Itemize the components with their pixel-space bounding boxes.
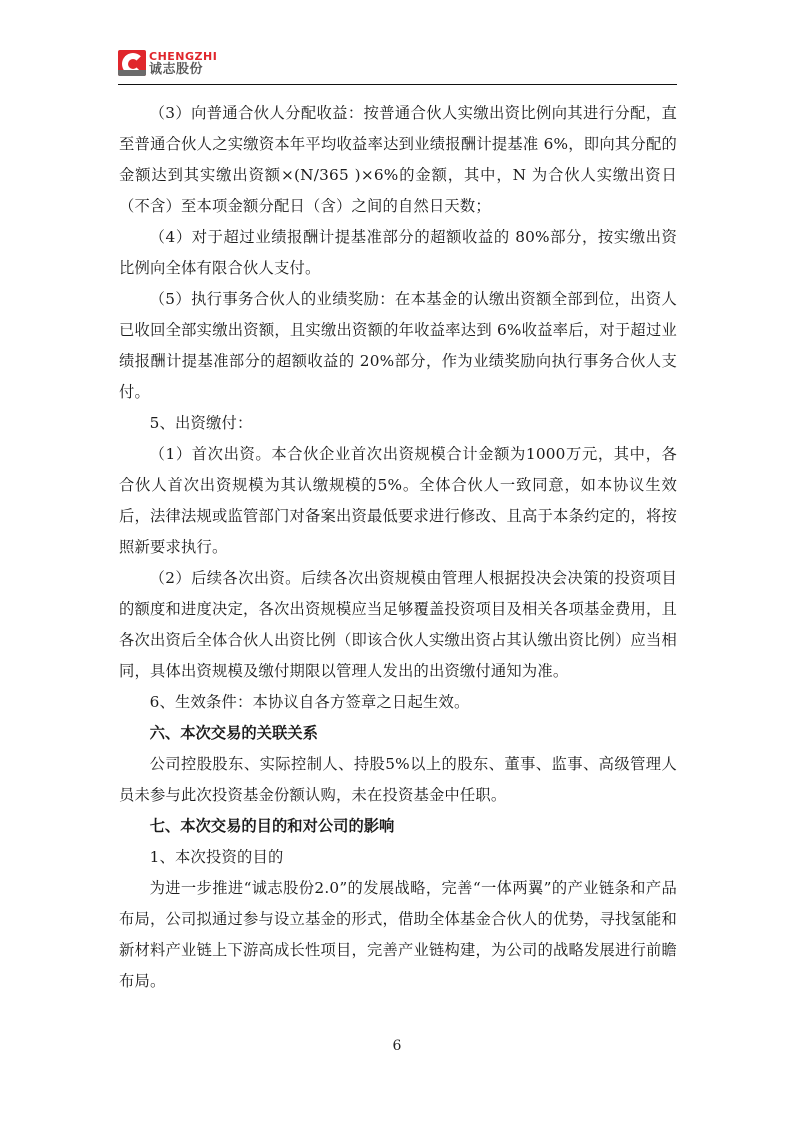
paragraph-investment-purpose: 为进一步推进“诚志股份2.0”的发展战略，完善“一体两翼”的产业链条和产品布局，… <box>119 873 677 997</box>
subheading-investment-purpose: 1、本次投资的目的 <box>119 842 677 873</box>
page-header: CHENGZHI 诚志股份 <box>118 50 678 86</box>
chengzhi-logo-icon <box>118 50 146 76</box>
document-body: （3）向普通合伙人分配收益：按普通合伙人实缴出资比例向其进行分配，直至普通合伙人… <box>119 98 677 997</box>
logo-chinese-name: 诚志股份 <box>149 63 217 76</box>
paragraph-related-party: 公司控股股东、实际控制人、持股5%以上的股东、董事、监事、高级管理人员未参与此次… <box>119 749 677 811</box>
paragraph-performance-reward: （5）执行事务合伙人的业绩奖励：在本基金的认缴出资额全部到位，出资人已收回全部实… <box>119 284 677 408</box>
paragraph-first-contribution: （1）首次出资。本合伙企业首次出资规模合计金额为1000万元，其中，各合伙人首次… <box>119 439 677 563</box>
page-number: 6 <box>0 1038 794 1054</box>
section-heading-related-party: 六、本次交易的关联关系 <box>119 718 677 749</box>
company-logo: CHENGZHI 诚志股份 <box>118 50 217 76</box>
paragraph-distribution-gp: （3）向普通合伙人分配收益：按普通合伙人实缴出资比例向其进行分配，直至普通合伙人… <box>119 98 677 222</box>
header-divider <box>118 84 677 85</box>
item-effective-conditions: 6、生效条件：本协议自各方签章之日起生效。 <box>119 687 677 718</box>
paragraph-subsequent-contribution: （2）后续各次出资。后续各次出资规模由管理人根据投决会决策的投资项目的额度和进度… <box>119 563 677 687</box>
item-capital-contribution: 5、出资缴付： <box>119 408 677 439</box>
logo-english-name: CHENGZHI <box>149 51 217 62</box>
section-heading-purpose-impact: 七、本次交易的目的和对公司的影响 <box>119 811 677 842</box>
paragraph-excess-80pct: （4）对于超过业绩报酬计提基准部分的超额收益的 80%部分，按实缴出资比例向全体… <box>119 222 677 284</box>
